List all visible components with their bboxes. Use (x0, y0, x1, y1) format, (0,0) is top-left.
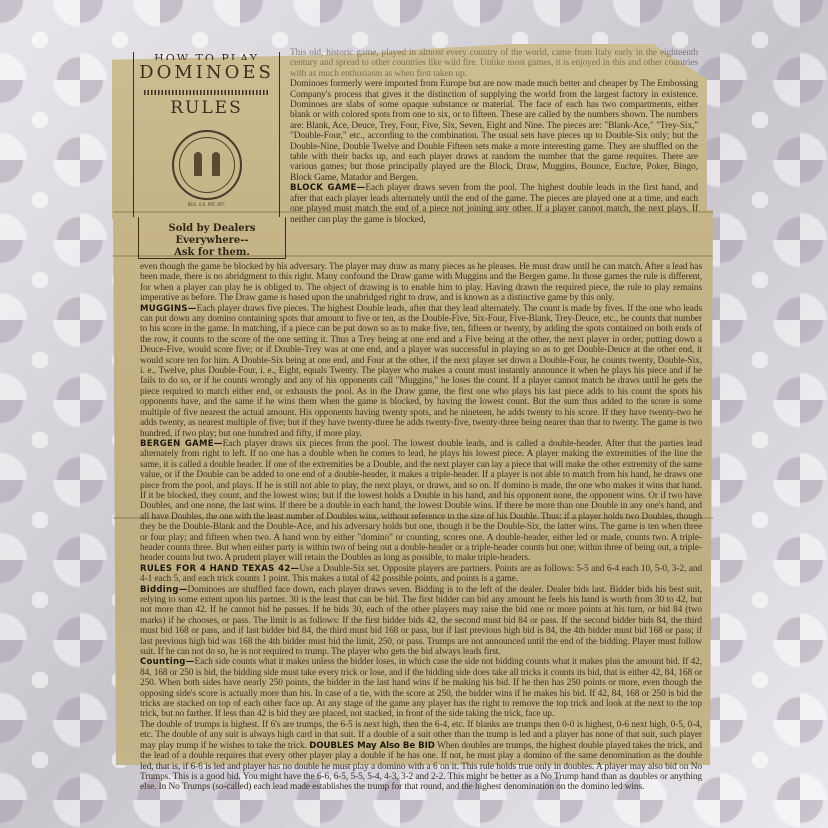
section-counting: Counting—Each side counts what it makes … (140, 657, 702, 719)
section-trumps: The double of trumps is highest. If 6's … (140, 720, 702, 793)
document-title: DOMINOES (134, 62, 279, 83)
dealer-notice-line2: Ask for them. (139, 247, 285, 259)
section-block-game: BLOCK GAME—Each player draws seven from … (290, 183, 698, 225)
section-heading: Counting— (140, 657, 195, 667)
section-texas-42: RULES FOR 4 HAND TEXAS 42—Use a Double-S… (140, 564, 702, 585)
section-bidding: Bidding—Dominoes are shuffled face down,… (140, 585, 702, 658)
section-heading: MUGGINS— (140, 304, 197, 314)
seal-caption: REG. U.S. PAT. OFF. (134, 202, 279, 207)
title-panel: HOW TO PLAY DOMINOES RULES REG. U.S. PAT… (133, 52, 280, 217)
dealer-notice-line1: Sold by Dealers Everywhere-- (139, 223, 285, 247)
section-heading: BERGEN GAME— (140, 439, 223, 449)
section-heading: DOUBLES May Also Be BID (309, 741, 435, 751)
document-subtitle: RULES (134, 98, 279, 118)
intro-paragraph: Dominoes formerly were imported from Eur… (290, 79, 698, 183)
seal-figure-left (194, 152, 202, 176)
section-text: Each player draws six pieces from the po… (140, 439, 702, 563)
section-muggins: MUGGINS—Each player draws five pieces. T… (140, 304, 702, 439)
section-heading: BLOCK GAME— (290, 183, 365, 193)
section-text: Each player draws five pieces. The highe… (140, 304, 702, 439)
embossing-company-seal-icon (172, 130, 242, 200)
seal-figure-right (212, 152, 220, 176)
decorative-rule (144, 90, 269, 95)
section-text: even though the game be blocked by his a… (140, 262, 702, 303)
section-text: Dominoes are shuffled face down, each pl… (140, 585, 702, 657)
section-heading: Bidding— (140, 585, 188, 595)
dealer-notice: Sold by Dealers Everywhere-- Ask for the… (138, 217, 286, 259)
intro-paragraph: This old, historic game, played in almos… (290, 48, 698, 79)
section-bergen-game: BERGEN GAME—Each player draws six pieces… (140, 439, 702, 564)
title-fragment: HOW TO PLAY (134, 52, 279, 60)
intro-text: This old, historic game, played in almos… (290, 48, 698, 225)
section-text: Each side counts what it makes unless th… (140, 657, 702, 719)
rules-body-text: even though the game be blocked by his a… (140, 262, 702, 793)
section-draw-game: even though the game be blocked by his a… (140, 262, 702, 304)
section-heading: RULES FOR 4 HAND TEXAS 42— (140, 564, 299, 574)
